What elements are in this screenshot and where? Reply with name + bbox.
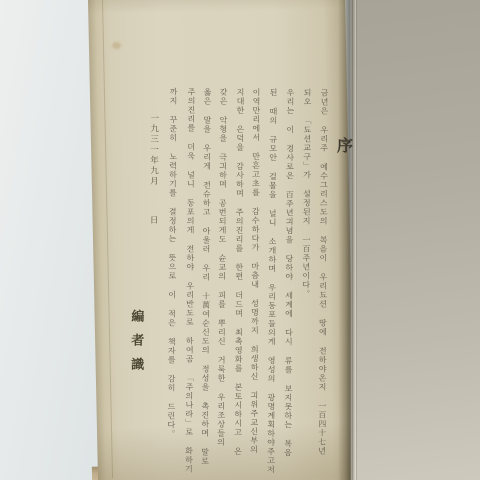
text-column-3: 우리는 이 경사로온 百주년긔념을 당하야 세계에 다시 류를 보지못하는 복음 — [281, 88, 297, 457]
date-day: 日 — [148, 215, 158, 226]
text-column-9: 주의진리를 더욱 널니 동포의게 전하야 우리반도로 하여곰 「주의나라」로 화… — [182, 88, 198, 474]
text-column-4: 된 때의 규모안 걸물을 널니 소개하며 우리동포들의게 영성의 광명계획하야주… — [264, 88, 280, 474]
text-column-10: 까지 꾸준히 노력하기를 결정하는 뜻으로 이 적은 책자를 감히 드린다。 — [165, 87, 180, 438]
text-column-8: 옳은 말을 우리게 전슈하고 아울러 우리 十萬여순신도의 정성을 촉진하며 말… — [198, 88, 214, 466]
text-column-7: 갖은 악형을 극긔하며 공번되게도 슌교의 피를 뿌리신 거룩한 우리조상들의 — [215, 88, 231, 447]
text-column-5: 이역만리에서 만흔고초를 감수하다가 마츰내 성명까지 희생하신 긔위주교신부의 — [248, 88, 264, 454]
preface-text-block: 금년은 우리주 예수그리스도의 복음이 우리됴션 땅에 전하야온지 一百四十七년… — [0, 0, 480, 480]
editor-colophon: 編者識 — [127, 309, 144, 381]
date-column: 一九三一年九月 日 — [146, 113, 161, 225]
preface-title: 序 — [337, 133, 353, 156]
text-column-6: 지대한 은덕을 감사하며 주의진리를 한편 더드며 최촉영화를 본토시하시고 온 — [231, 88, 247, 456]
date-year-month: 一九三一年九月 — [148, 113, 159, 187]
book-photo: 序 금년은 우리주 예수그리스도의 복음이 우리됴션 땅에 전하야온지 一百四十… — [0, 0, 480, 480]
text-column-1: 금년은 우리주 예수그리스도의 복음이 우리됴션 땅에 전하야온지 一百四十七년 — [315, 89, 331, 456]
text-column-2: 되오 「됴션교구」가 설정된지 一百주년이다。 — [300, 88, 314, 298]
